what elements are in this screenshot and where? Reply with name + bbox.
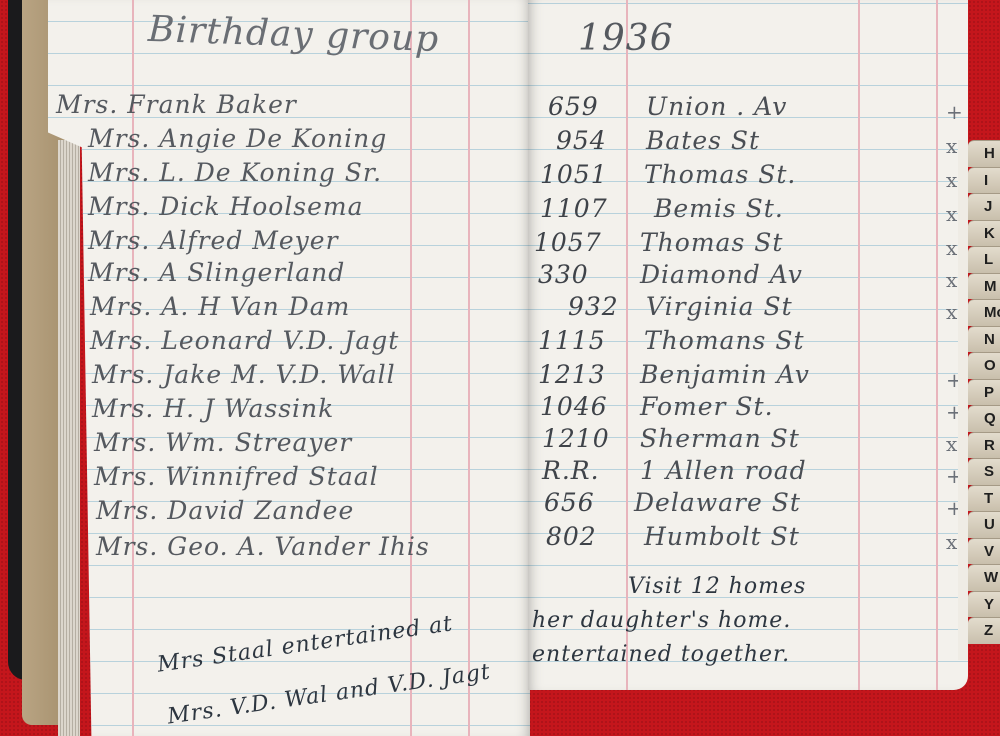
visit-mark: x [946, 268, 958, 292]
page-edge [958, 140, 968, 660]
house-number: 659 [548, 92, 599, 121]
street: Thomas St [640, 228, 783, 257]
index-tab[interactable]: H [968, 140, 1000, 167]
visit-mark: x [946, 168, 958, 192]
street: Union . Av [646, 92, 787, 121]
house-number: 656 [544, 488, 595, 517]
house-number: 1210 [542, 424, 610, 453]
visit-mark: x [946, 300, 958, 324]
margin-line [936, 0, 938, 690]
visit-mark: x [946, 134, 958, 158]
visit-mark: + [946, 100, 964, 124]
index-tab[interactable]: Y [968, 591, 1000, 618]
visit-mark: x [946, 432, 958, 456]
street: Bemis St. [654, 194, 784, 223]
street: Sherman St [640, 424, 800, 453]
house-number: 932 [568, 292, 619, 321]
page-stack-edge [58, 140, 80, 736]
street: Virginia St [646, 292, 793, 321]
index-tab[interactable]: I [968, 167, 1000, 194]
right-page: 1936 659 Union . Av + 954 Bates St x 105… [528, 0, 968, 690]
index-tab[interactable]: T [968, 485, 1000, 512]
list-item-name: Mrs. Leonard V.D. Jagt [90, 326, 399, 355]
list-item-name: Mrs. Angie De Koning [88, 124, 387, 153]
street: 1 Allen road [640, 456, 807, 485]
house-number: R.R. [542, 456, 600, 485]
street: Bates St [646, 126, 760, 155]
street: Diamond Av [640, 260, 803, 289]
visit-mark: x [946, 202, 958, 226]
index-tab[interactable]: Z [968, 617, 1000, 644]
list-item-name: Mrs. Frank Baker [56, 90, 297, 119]
list-item-name: Mrs. Winnifred Staal [94, 462, 379, 491]
house-number: 802 [546, 522, 597, 551]
note-left-line2: Mrs. V.D. Wal and V.D. Jagt [166, 659, 492, 729]
list-item-name: Mrs. Geo. A. Vander Ihis [96, 532, 430, 561]
street: Humbolt St [644, 522, 800, 551]
house-number: 954 [556, 126, 607, 155]
visit-summary: Visit 12 homes [628, 574, 806, 599]
index-tab[interactable]: N [968, 326, 1000, 353]
index-tab[interactable]: M [968, 273, 1000, 300]
list-item-name: Mrs. H. J Wassink [92, 394, 334, 423]
alphabet-index-tabs: H I J K L M Mc N O P Q R S T U V W Y Z [968, 140, 1000, 660]
list-item-name: Mrs. A. H Van Dam [90, 292, 350, 321]
index-tab[interactable]: R [968, 432, 1000, 459]
visit-mark: x [946, 236, 958, 260]
page-year: 1936 [578, 18, 674, 59]
page-title: Birthday group [147, 9, 440, 60]
index-tab[interactable]: K [968, 220, 1000, 247]
list-item-name: Mrs. Jake M. V.D. Wall [92, 360, 396, 389]
margin-line [858, 0, 860, 690]
list-item-name: Mrs. Dick Hoolsema [88, 192, 364, 221]
list-item-name: Mrs. Alfred Meyer [88, 226, 339, 255]
note-right-line2: entertained together. [532, 642, 790, 667]
street: Benjamin Av [640, 360, 810, 389]
index-tab[interactable]: J [968, 193, 1000, 220]
margin-line [468, 0, 470, 736]
index-tab[interactable]: U [968, 511, 1000, 538]
street: Fomer St. [640, 392, 774, 421]
index-tab[interactable]: L [968, 246, 1000, 273]
house-number: 1107 [540, 194, 608, 223]
house-number: 1213 [538, 360, 606, 389]
index-tab[interactable]: S [968, 458, 1000, 485]
street: Thomans St [644, 326, 805, 355]
house-number: 1057 [534, 228, 602, 257]
index-tab[interactable]: W [968, 564, 1000, 591]
list-item-name: Mrs. A Slingerland [88, 258, 345, 287]
list-item-name: Mrs. David Zandee [96, 496, 354, 525]
left-page: Birthday group Mrs. Frank Baker Mrs. Ang… [48, 0, 530, 736]
house-number: 1051 [540, 160, 608, 189]
visit-mark: x [946, 530, 958, 554]
street: Thomas St. [644, 160, 796, 189]
index-tab[interactable]: V [968, 538, 1000, 565]
index-tab[interactable]: Mc [968, 299, 1000, 326]
house-number: 1115 [538, 326, 606, 355]
index-tab[interactable]: P [968, 379, 1000, 406]
house-number: 1046 [540, 392, 608, 421]
house-number: 330 [538, 260, 589, 289]
index-tab[interactable]: Q [968, 405, 1000, 432]
index-tab[interactable]: O [968, 352, 1000, 379]
list-item-name: Mrs. Wm. Streayer [94, 428, 352, 457]
note-right-line1: her daughter's home. [532, 608, 791, 633]
street: Delaware St [634, 488, 801, 517]
list-item-name: Mrs. L. De Koning Sr. [88, 158, 382, 187]
